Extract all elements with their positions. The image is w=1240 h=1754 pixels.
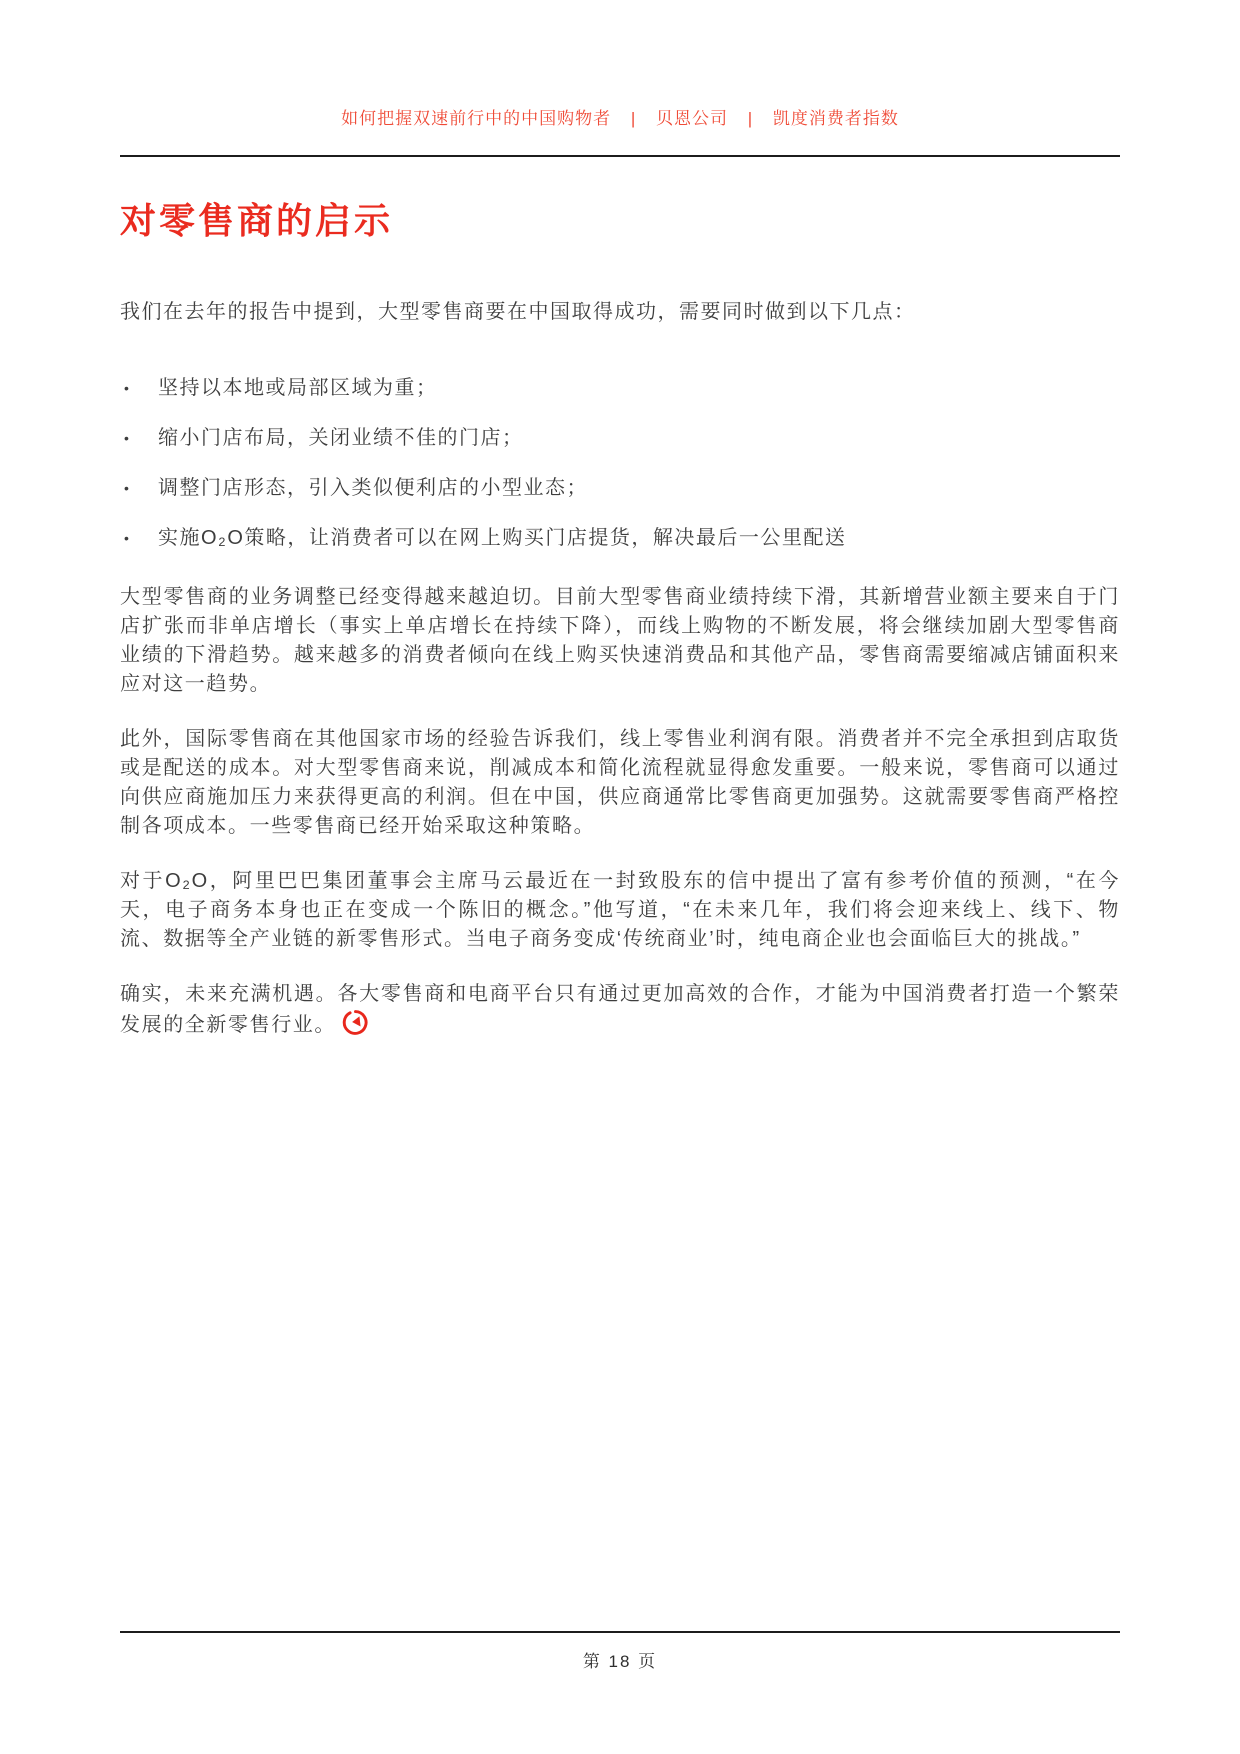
page-number: 第 18 页 (583, 1647, 657, 1672)
closing-paragraph-text: 确实，未来充满机遇。各大零售商和电商平台只有通过更加高效的合作，才能为中国消费者… (120, 983, 1120, 1036)
page-footer: 第 18 页 (120, 1631, 1120, 1672)
body-paragraph: 对于O₂O，阿里巴巴集团董事会主席马云最近在一封致股东的信中提出了富有参考价值的… (120, 867, 1120, 954)
list-item: • 缩小门店布局，关闭业绩不佳的门店； (120, 423, 1120, 453)
header-separator: | (748, 109, 753, 129)
header-report-title: 如何把握双速前行中的中国购物者 (341, 109, 611, 128)
list-item: • 实施O₂O策略，让消费者可以在网上购买门店提货，解决最后一公里配送 (120, 523, 1120, 553)
body-paragraph: 此外，国际零售商在其他国家市场的经验告诉我们，线上零售业利润有限。消费者并不完全… (120, 725, 1120, 841)
body-paragraph: 大型零售商的业务调整已经变得越来越迫切。目前大型零售商业绩持续下滑，其新增营业额… (120, 583, 1120, 699)
list-item: • 调整门店形态，引入类似便利店的小型业态； (120, 473, 1120, 503)
body-paragraph-closing: 确实，未来充满机遇。各大零售商和电商平台只有通过更加高效的合作，才能为中国消费者… (120, 980, 1120, 1045)
header-index-name: 凯度消费者指数 (773, 109, 899, 128)
intro-paragraph: 我们在去年的报告中提到，大型零售商要在中国取得成功，需要同时做到以下几点： (120, 297, 1120, 327)
bullet-icon: • (120, 523, 158, 553)
list-item: • 坚持以本地或局部区域为重； (120, 373, 1120, 403)
page-header: 如何把握双速前行中的中国购物者 | 贝恩公司 | 凯度消费者指数 (120, 0, 1120, 129)
bullet-text: 坚持以本地或局部区域为重； (158, 373, 438, 403)
bullet-list: • 坚持以本地或局部区域为重； • 缩小门店布局，关闭业绩不佳的门店； • 调整… (120, 373, 1120, 553)
header-divider (120, 155, 1120, 157)
bullet-icon: • (120, 473, 158, 503)
end-of-article-icon (342, 1009, 369, 1045)
header-separator: | (631, 109, 636, 129)
header-company-name: 贝恩公司 (656, 109, 728, 128)
bullet-text: 调整门店形态，引入类似便利店的小型业态； (158, 473, 588, 503)
document-page: 如何把握双速前行中的中国购物者 | 贝恩公司 | 凯度消费者指数 对零售商的启示… (0, 0, 1240, 1754)
bullet-icon: • (120, 373, 158, 403)
page-title: 对零售商的启示 (120, 201, 1120, 241)
bullet-text: 缩小门店布局，关闭业绩不佳的门店； (158, 423, 524, 453)
bullet-text: 实施O₂O策略，让消费者可以在网上购买门店提货，解决最后一公里配送 (158, 523, 846, 553)
bullet-icon: • (120, 423, 158, 453)
page-content: 如何把握双速前行中的中国购物者 | 贝恩公司 | 凯度消费者指数 对零售商的启示… (120, 0, 1120, 1045)
